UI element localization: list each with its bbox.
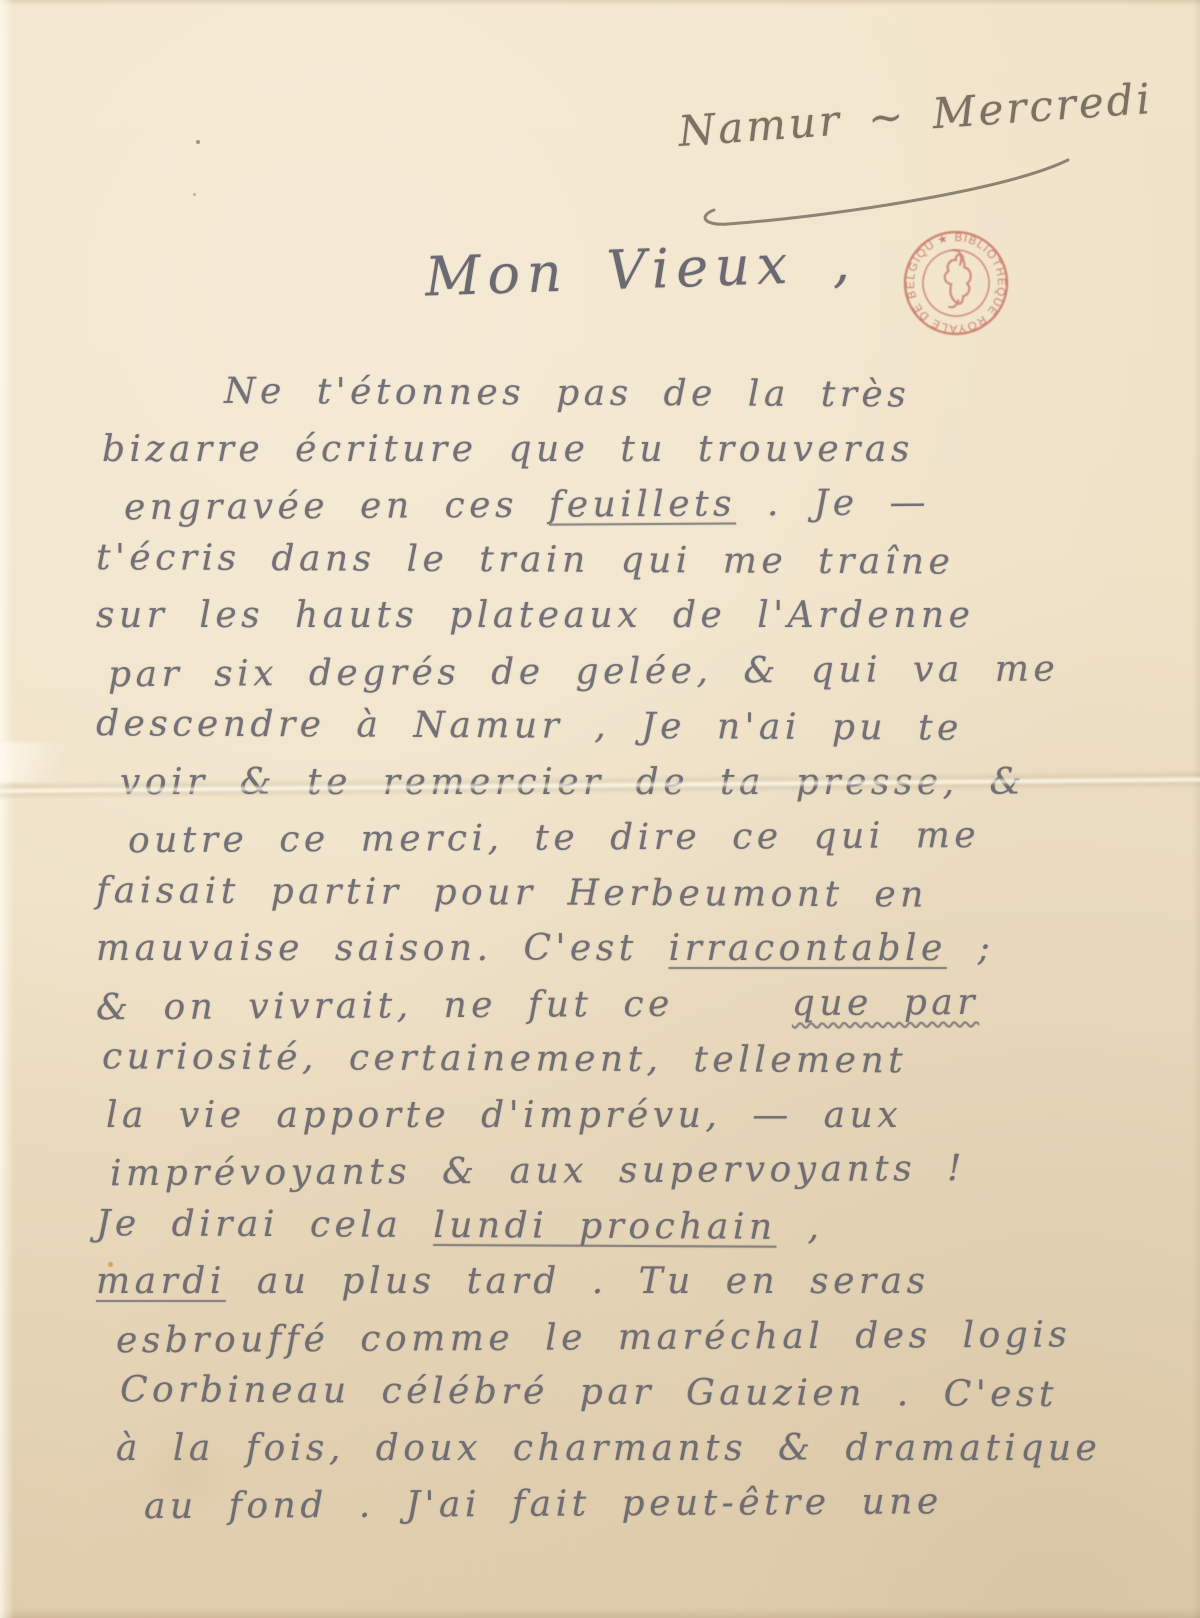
paper-fold-edge-notch: [0, 742, 90, 782]
handwritten-segment: outre ce merci, te dire ce qui me: [128, 815, 980, 861]
handwritten-line: à la fois, doux charmants & dramatique: [116, 1421, 1176, 1477]
handwritten-line: la vie apporte d'imprévu, — aux: [106, 1088, 1176, 1144]
handwritten-line: Ne t'étonnes pas de la très: [96, 363, 1176, 424]
handwritten-segment: engravée en ces: [124, 485, 549, 529]
handwritten-segment: mardi: [96, 1261, 226, 1302]
paper-speck: [193, 193, 196, 196]
handwritten-segment: descendre à Namur , Je n'ai pu te: [96, 703, 963, 749]
handwritten-line: engravée en ces feuillets . Je —: [124, 474, 1176, 536]
handwritten-segment: à la fois, doux charmants & dramatique: [116, 1428, 1101, 1469]
handwritten-line: curiosité, certainement, tellement: [102, 1029, 1176, 1090]
handwritten-line: descendre à Namur , Je n'ai pu te: [96, 696, 1176, 757]
handwritten-line: outre ce merci, te dire ce qui me: [128, 807, 1176, 869]
handwritten-line: esbrouffé comme le maréchal des logis: [116, 1306, 1176, 1368]
handwritten-segment: Ne t'étonnes pas de la très: [224, 371, 910, 416]
handwritten-line: & on vivrait, ne fut ceque par: [96, 973, 1176, 1035]
paper-stain: [120, 1415, 250, 1535]
handwritten-segment: au plus tard . Tu en seras: [226, 1261, 930, 1302]
handwritten-line: Corbineau célébré par Gauzien . C'est: [120, 1362, 1176, 1423]
handwritten-line: mauvaise saison. C'est irracontable ;: [96, 921, 1176, 977]
handwritten-segment: curiosité, certainement, tellement: [102, 1036, 907, 1081]
handwritten-segment: par six degrés de gelée, & qui va me: [108, 648, 1059, 695]
handwritten-segment: faisait partir pour Herbeumont en: [96, 870, 928, 915]
handwritten-segment: . Je —: [736, 482, 930, 524]
handwritten-line: t'écris dans le train qui me traîne: [96, 530, 1176, 591]
handwritten-line: Je dirai cela lundi prochain ,: [96, 1196, 1176, 1257]
handwritten-segment: & on vivrait, ne fut ce: [96, 983, 674, 1028]
handwritten-segment: esbrouffé comme le maréchal des logis: [116, 1314, 1072, 1361]
paper-speck: [108, 1262, 113, 1267]
handwritten-segment: mauvaise saison. C'est: [96, 928, 669, 969]
handwritten-line: au fond . J'ai fait peut-être une: [144, 1473, 1176, 1535]
handwritten-line: sur les hauts plateaux de l'Ardenne: [96, 588, 1176, 644]
handwritten-segment: lundi prochain: [433, 1204, 777, 1247]
dateline: Namur ~ Mercredi: [677, 77, 1109, 156]
handwritten-segment: ,: [776, 1206, 823, 1247]
handwritten-segment: au fond . J'ai fait peut-être une: [144, 1481, 943, 1527]
handwritten-segment: feuillets: [549, 483, 736, 525]
salutation: Mon Vieux ,: [424, 230, 858, 308]
handwritten-line: imprévoyants & aux supervoyants !: [110, 1140, 1176, 1202]
handwritten-segment: bizarre écriture que tu trouveras: [102, 429, 914, 470]
flourish-underline: [676, 148, 1096, 243]
handwritten-segment: sur les hauts plateaux de l'Ardenne: [96, 595, 974, 636]
letter-body: Ne t'étonnes pas de la trèsbizarre écrit…: [96, 366, 1176, 1532]
handwritten-line: par six degrés de gelée, & qui va me: [108, 640, 1176, 702]
handwritten-line: mardi au plus tard . Tu en seras: [96, 1254, 1176, 1310]
handwritten-segment: irracontable: [669, 928, 947, 969]
handwritten-line: bizarre écriture que tu trouveras: [102, 422, 1176, 478]
handwritten-segment: Corbineau célébré par Gauzien . C'est: [120, 1369, 1058, 1415]
handwritten-segment: ;: [947, 928, 995, 969]
paper-speck: [196, 140, 200, 144]
handwritten-segment: la vie apporte d'imprévu, — aux: [106, 1095, 902, 1136]
handwritten-segment: que par: [792, 981, 979, 1023]
handwritten-segment: t'écris dans le train qui me traîne: [96, 537, 955, 582]
handwritten-line: faisait partir pour Herbeumont en: [96, 863, 1176, 924]
handwritten-segment: Je dirai cela: [96, 1203, 433, 1246]
handwritten-segment: imprévoyants & aux supervoyants !: [110, 1148, 966, 1194]
letter-page: Namur ~ Mercredi ★ BIBLIOTHÈQUE ROYALE D…: [0, 0, 1200, 1618]
